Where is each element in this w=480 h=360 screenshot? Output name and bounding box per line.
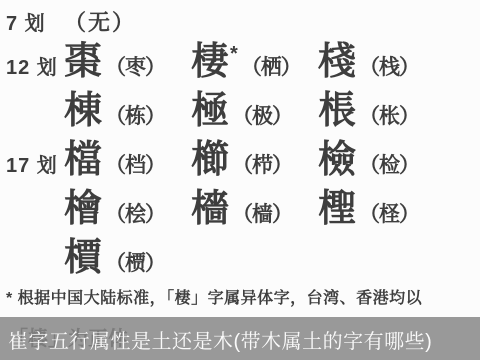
traditional-char: 檜 — [64, 189, 102, 231]
simplified-char: （栉） — [232, 149, 292, 179]
traditional-char: 檢 — [318, 140, 356, 182]
char-entry: 極 （极） — [191, 91, 318, 133]
stroke-row: 7 划 （无） — [6, 6, 480, 42]
stroke-group-list: 7 划 （无） 12 划 棗 （枣） 棲 * （栖） 棧 （栈） 棟 — [6, 6, 480, 287]
traditional-char: 棟 — [64, 91, 102, 133]
simplified-char: （樯） — [232, 198, 292, 228]
char-entry: 棖 （枨） — [318, 91, 445, 133]
simplified-char: （检） — [359, 149, 419, 179]
simplified-char: （极） — [232, 100, 292, 130]
traditional-char: 檟 — [64, 238, 102, 280]
char-entry: 檢 （检） — [318, 140, 445, 182]
stroke-count-label: 12 划 — [6, 51, 64, 80]
stroke-row: 檜 （桧） 檣 （樯） 檉 （柽） — [6, 189, 480, 238]
simplified-char: （档） — [105, 149, 165, 179]
simplified-char: （枣） — [105, 51, 165, 81]
stroke-row: 檟 （槚） — [6, 238, 480, 287]
traditional-char: 檣 — [191, 189, 229, 231]
traditional-char: 棲 — [191, 42, 229, 84]
simplified-char: （栈） — [359, 51, 419, 81]
caption-bar: 崔字五行属性是土还是木(带木属土的字有哪些) — [0, 317, 480, 360]
char-entry: 棟 （栋） — [64, 91, 191, 133]
stroke-count-label: 7 划 — [6, 7, 64, 36]
char-entry: 檉 （柽） — [318, 189, 445, 231]
simplified-char: （槚） — [105, 247, 165, 277]
stroke-row: 12 划 棗 （枣） 棲 * （栖） 棧 （栈） — [6, 42, 480, 91]
simplified-char: （桧） — [105, 198, 165, 228]
traditional-char: 檉 — [318, 189, 356, 231]
traditional-char: 棗 — [64, 42, 102, 84]
footnote-line1: * 根据中国大陆标准，「棲」字属异体字，台湾、香港均以 — [6, 285, 478, 308]
char-entry: 櫛 （栉） — [191, 140, 318, 182]
simplified-char: （柽） — [359, 198, 419, 228]
char-entry: 檔 （档） — [64, 140, 191, 182]
char-entry: 棗 （枣） — [64, 42, 191, 84]
variant-asterisk: * — [230, 43, 238, 66]
char-entry: 檜 （桧） — [64, 189, 191, 231]
stroke-row: 棟 （栋） 極 （极） 棖 （枨） — [6, 91, 480, 140]
traditional-char: 棧 — [318, 42, 356, 84]
traditional-char: 檔 — [64, 140, 102, 182]
traditional-char: 棖 — [318, 91, 356, 133]
char-entry: 棧 （栈） — [318, 42, 445, 84]
none-note: （无） — [64, 6, 136, 37]
caption-title: 崔字五行属性是土还是木(带木属土的字有哪些) — [0, 317, 480, 354]
char-entry: 檣 （樯） — [191, 189, 318, 231]
traditional-char: 櫛 — [191, 140, 229, 182]
char-entry: 檟 （槚） — [64, 238, 191, 280]
simplified-char: （栖） — [241, 51, 301, 81]
simplified-char: （枨） — [359, 100, 419, 130]
stroke-row: 17 划 檔 （档） 櫛 （栉） 檢 （检） — [6, 140, 480, 189]
stroke-count-label: 17 划 — [6, 149, 64, 178]
char-entry: 棲 * （栖） — [191, 42, 318, 84]
simplified-char: （栋） — [105, 100, 165, 130]
traditional-char: 極 — [191, 91, 229, 133]
character-list-page: 7 划 （无） 12 划 棗 （枣） 棲 * （栖） 棧 （栈） 棟 — [0, 0, 480, 360]
